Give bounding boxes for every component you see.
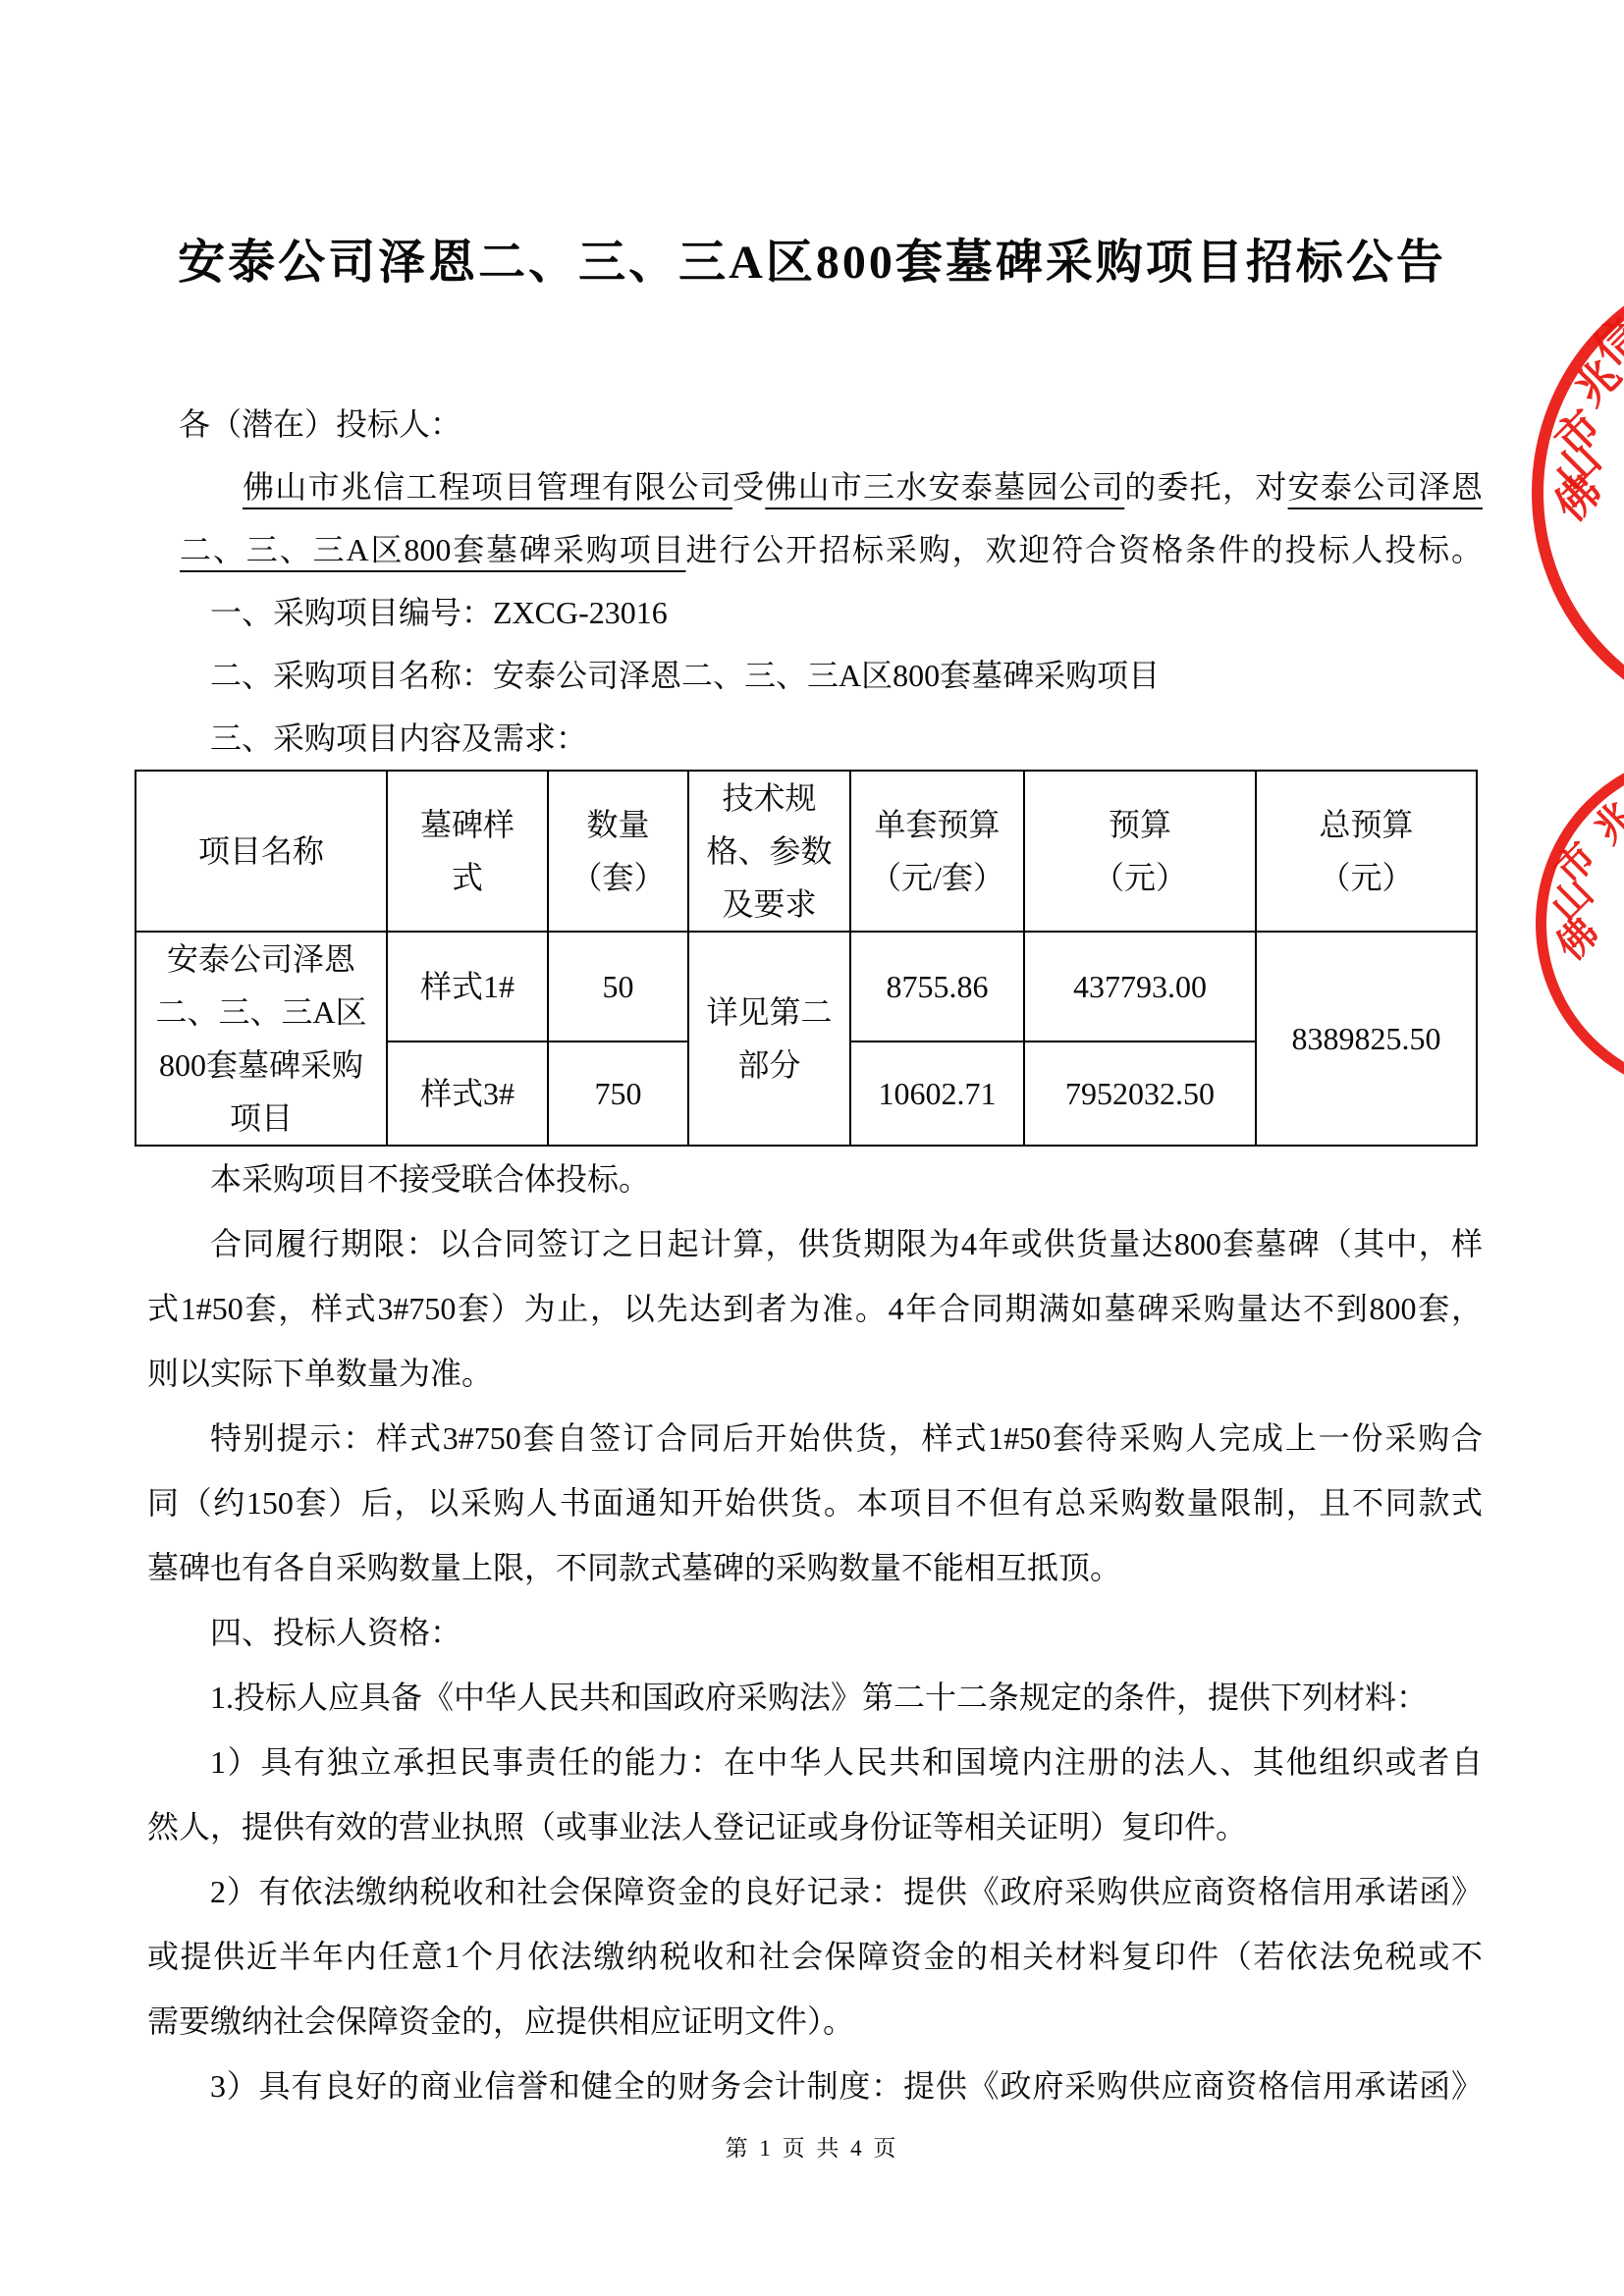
- company-seal-ring-1: [1532, 257, 1624, 728]
- para-contract-term-line-3: 则以实际下单数量为准。: [147, 1341, 1483, 1406]
- cell-budget-2: 7952032.50: [1024, 1041, 1256, 1146]
- seal-character: 山: [1543, 871, 1600, 929]
- para-qual-item3-line-1: 3）具有良好的商业信誉和健全的财务会计制度：提供《政府采购供应商资格信用承诺函》: [147, 2054, 1483, 2118]
- project-name-underlined-cont: 二、三、三A区800套墓碑采购项目: [180, 532, 685, 567]
- agent-company-name: 佛山市兆信工程项目管理有限公司: [243, 469, 732, 505]
- cell-qty-1: 50: [548, 932, 688, 1041]
- item-project-name: 二、采购项目名称：安泰公司泽恩二、三、三A区800套墓碑采购项目: [147, 644, 1483, 707]
- page-footer: 第 1 页 共 4 页: [0, 2130, 1624, 2163]
- item-project-content: 三、采购项目内容及需求：: [147, 707, 1483, 770]
- cell-unit-budget-1: 8755.86: [850, 932, 1024, 1041]
- para-contract-term-line-1: 合同履行期限：以合同签订之日起计算，供货期限为4年或供货量达800套墓碑（其中，…: [147, 1211, 1483, 1276]
- intro-paragraph: 佛山市兆信工程项目管理有限公司受佛山市三水安泰墓园公司的委托，对安泰公司泽恩 二…: [180, 455, 1483, 581]
- header-tech-spec: 技术规 格、参数 及要求: [688, 771, 850, 932]
- header-quantity: 数量 （套）: [548, 771, 688, 932]
- procurement-table: 项目名称 墓碑样 式 数量 （套） 技术规 格、参数 及要求 单套预算 （元/套…: [135, 770, 1478, 1147]
- item-project-number: 一、采购项目编号：ZXCG-23016: [147, 581, 1483, 644]
- heading-bidder-qualification: 四、投标人资格：: [147, 1600, 1483, 1665]
- seal-character: 山: [1545, 435, 1609, 499]
- intro-line-1: 佛山市兆信工程项目管理有限公司受佛山市三水安泰墓园公司的委托，对安泰公司泽恩: [180, 455, 1483, 518]
- cell-budget-1: 437793.00: [1024, 932, 1256, 1041]
- seal-character: 佛: [1548, 910, 1606, 968]
- seal-character: 信: [1585, 310, 1624, 374]
- cell-qty-2: 750: [548, 1041, 688, 1146]
- cell-spec-note: 详见第二 部分: [688, 932, 850, 1146]
- cell-total-budget: 8389825.50: [1256, 932, 1477, 1146]
- document-body: 各（潜在）投标人： 佛山市兆信工程项目管理有限公司受佛山市三水安泰墓园公司的委托…: [147, 393, 1483, 2118]
- para-qual-item1-line-2: 然人，提供有效的营业执照（或事业法人登记证或身份证等相关证明）复印件。: [147, 1794, 1483, 1859]
- seal-character: 佛: [1546, 466, 1610, 530]
- header-project-name: 项目名称: [135, 771, 387, 932]
- intro-line-2: 二、三、三A区800套墓碑采购项目进行公开招标采购，欢迎符合资格条件的投标人投标…: [180, 518, 1483, 581]
- cell-project-name: 安泰公司泽恩 二、三、三A区 800套墓碑采购 项目: [135, 932, 387, 1146]
- para-no-joint-bid: 本采购项目不接受联合体投标。: [147, 1147, 1483, 1211]
- body-paragraphs: 本采购项目不接受联合体投标。 合同履行期限：以合同签订之日起计算，供货期限为4年…: [147, 1147, 1483, 2118]
- table-row: 安泰公司泽恩 二、三、三A区 800套墓碑采购 项目 样式1# 50 详见第二 …: [135, 932, 1477, 1041]
- purchaser-company-name: 佛山市三水安泰墓园公司: [765, 469, 1124, 505]
- para-qual-item2-line-3: 需要缴纳社会保障资金的，应提供相应证明文件）。: [147, 1989, 1483, 2054]
- para-special-note-line-2: 同（约150套）后，以采购人书面通知开始供货。本项目不但有总采购数量限制，且不同…: [147, 1470, 1483, 1535]
- cell-style-1: 样式1#: [387, 932, 548, 1041]
- document-page: 安泰公司泽恩二、三、三A区800套墓碑采购项目招标公告 各（潜在）投标人： 佛山…: [0, 0, 1624, 2296]
- company-seal-ring-2: [1536, 751, 1624, 1096]
- cell-unit-budget-2: 10602.71: [850, 1041, 1024, 1146]
- header-tombstone-style: 墓碑样 式: [387, 771, 548, 932]
- cell-style-2: 样式3#: [387, 1041, 548, 1146]
- salutation-line: 各（潜在）投标人：: [147, 393, 1483, 455]
- para-special-note-line-1: 特别提示：样式3#750套自签订合同后开始供货，样式1#50套待采购人完成上一份…: [147, 1406, 1483, 1470]
- seal-character: 市: [1546, 401, 1610, 465]
- header-unit-budget: 单套预算 （元/套）: [850, 771, 1024, 932]
- para-contract-term-line-2: 式1#50套，样式3#750套）为止，以先达到者为准。4年合同期满如墓碑采购量达…: [147, 1276, 1483, 1341]
- seal-character: 市: [1546, 834, 1604, 892]
- seal-character: 兆: [1586, 793, 1624, 851]
- page-title: 安泰公司泽恩二、三、三A区800套墓碑采购项目招标公告: [0, 232, 1624, 294]
- para-qual-item2-line-2: 或提供近半年内任意1个月依法缴纳税收和社会保障资金的相关材料复印件（若依法免税或…: [147, 1924, 1483, 1989]
- seal-character: 兆: [1566, 350, 1624, 414]
- para-qual-item1-line-1: 1）具有独立承担民事责任的能力：在中华人民共和国境内注册的法人、其他组织或者自: [147, 1730, 1483, 1794]
- para-special-note-line-3: 墓碑也有各自采购数量上限，不同款式墓碑的采购数量不能相互抵顶。: [147, 1535, 1483, 1600]
- header-budget: 预算 （元）: [1024, 771, 1256, 932]
- table-header-row: 项目名称 墓碑样 式 数量 （套） 技术规 格、参数 及要求 单套预算 （元/套…: [135, 771, 1477, 932]
- para-qual-item2-line-1: 2）有依法缴纳税收和社会保障资金的良好记录：提供《政府采购供应商资格信用承诺函》: [147, 1859, 1483, 1924]
- header-total-budget: 总预算 （元）: [1256, 771, 1477, 932]
- para-qualification-1: 1.投标人应具备《中华人民共和国政府采购法》第二十二条规定的条件，提供下列材料：: [147, 1665, 1483, 1730]
- project-name-underlined: 安泰公司泽恩: [1288, 469, 1483, 505]
